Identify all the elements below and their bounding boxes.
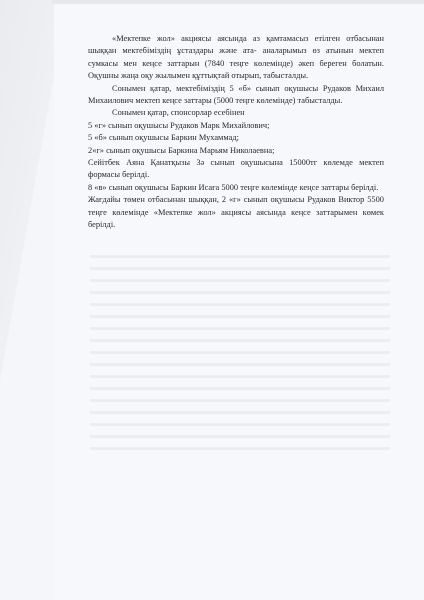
bleed-through-text xyxy=(90,250,390,450)
paragraph: Жағдайы төмен отбасынан шыққан, 2 «г» сы… xyxy=(88,194,384,231)
paragraph: 8 «в» сынып оқушысы Баркин Исаға 5000 те… xyxy=(88,182,384,194)
document-body: «Мектепке жол» акциясы аясында аз қамтам… xyxy=(88,33,384,232)
scan-shadow-wedge xyxy=(0,0,60,600)
paragraph: Сонымен қатар, спонсорлар есебінен xyxy=(88,107,384,119)
list-item: 5 «б» сынып оқушысы Баркин Мухаммад; xyxy=(88,132,384,144)
list-item: 2«г» сынып оқушысы Баркина Марьям Никола… xyxy=(88,145,384,157)
paragraph: Сейітбек Аяна Қанатқызы 3ә сынып оқушысы… xyxy=(88,157,384,182)
paragraph: Сонымен қатар, мектебіміздің 5 «б» сынып… xyxy=(88,83,384,108)
paper-top-edge xyxy=(52,0,424,4)
list-item: 5 «г» сынып оқушысы Рудаков Марк Михайло… xyxy=(88,120,384,132)
paragraph: «Мектепке жол» акциясы аясында аз қамтам… xyxy=(88,33,384,83)
